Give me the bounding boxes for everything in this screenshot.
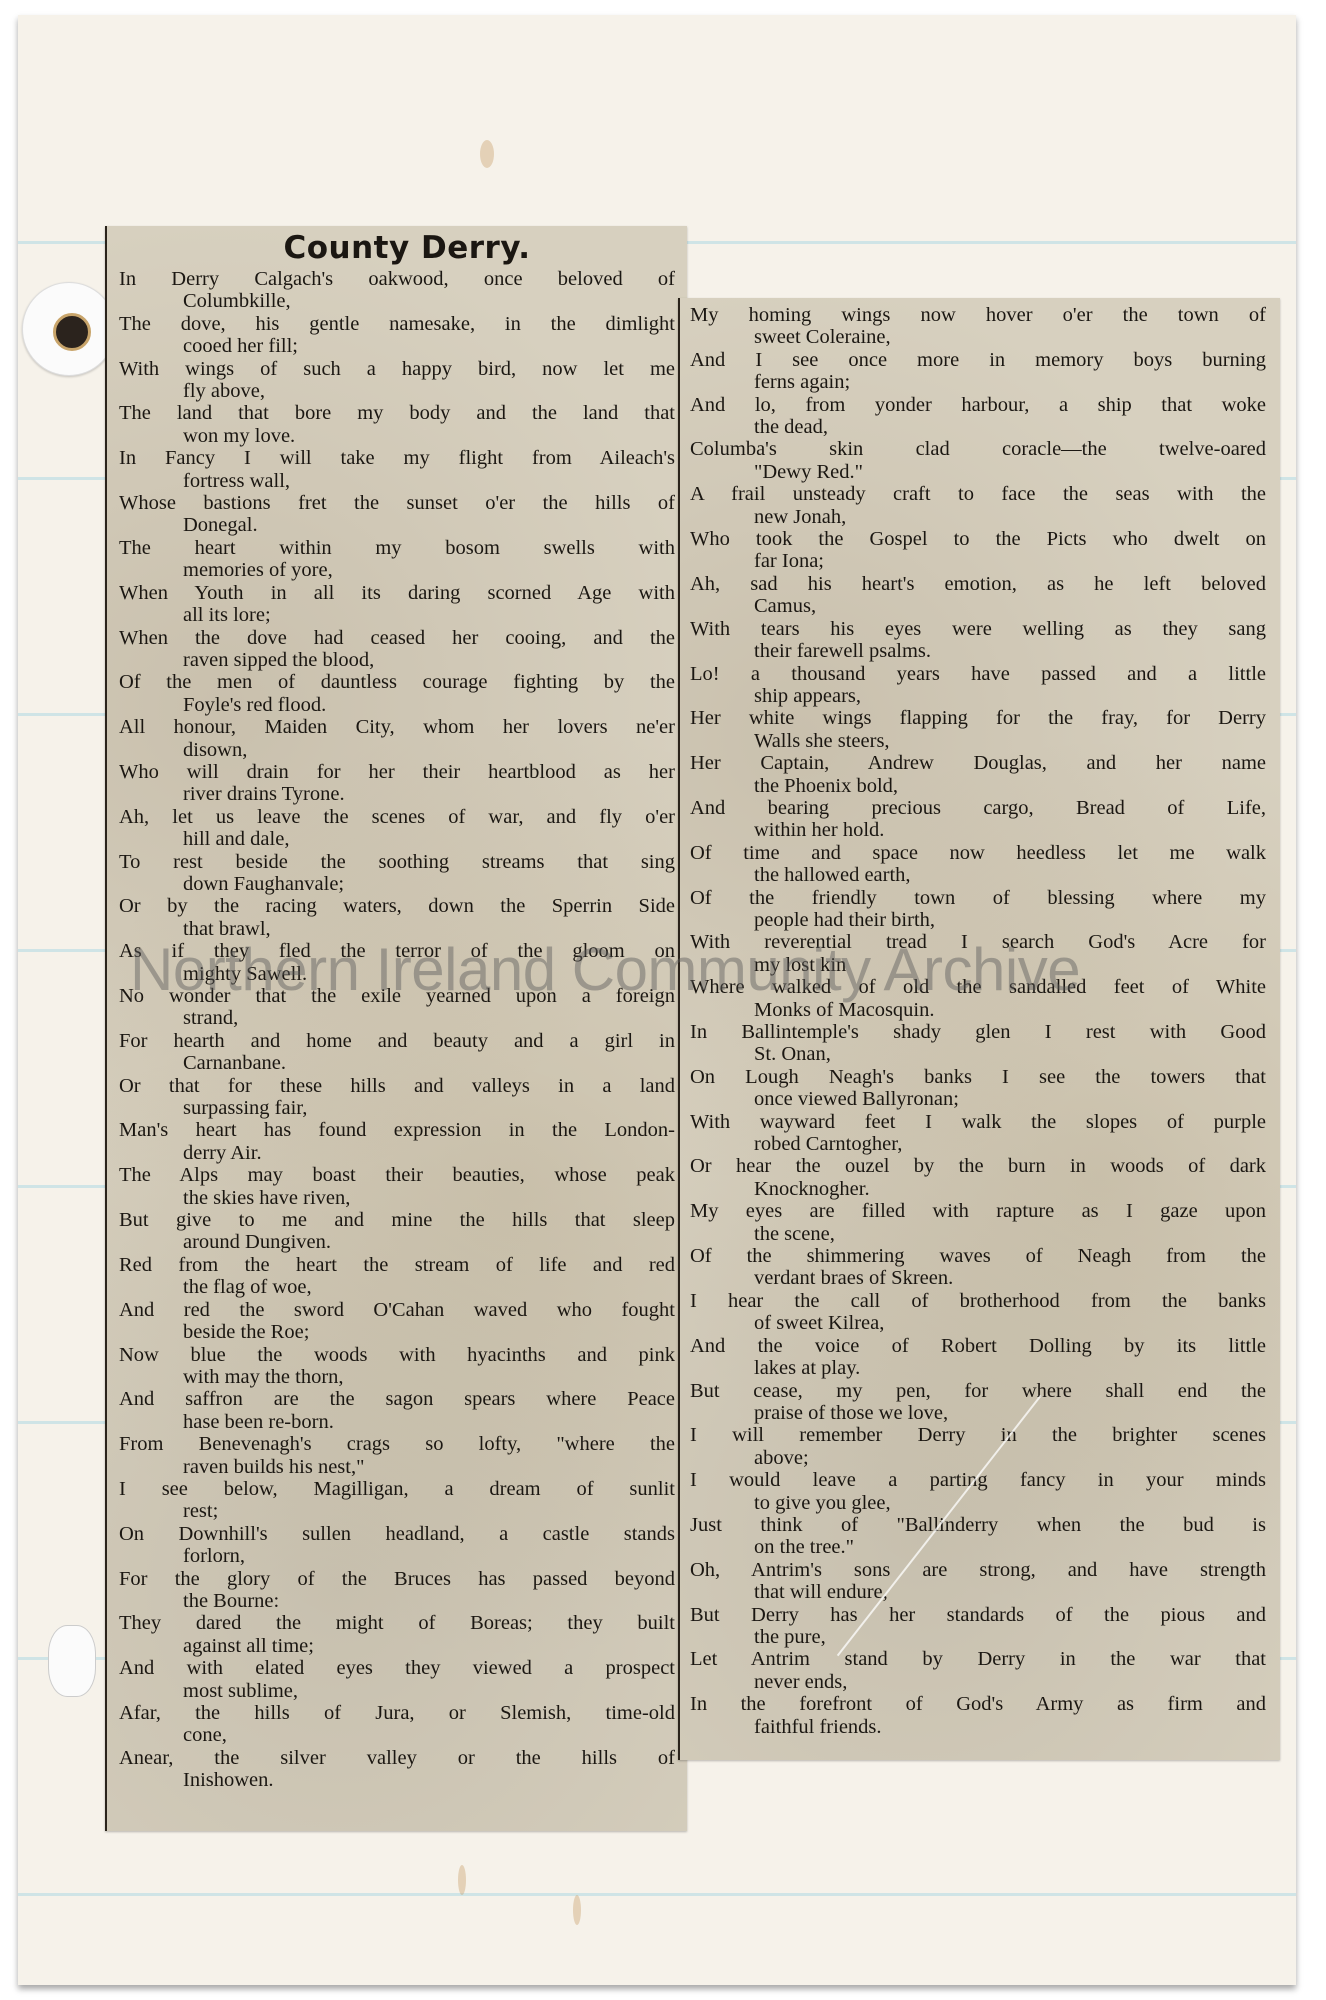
- poem-line: And saffron are the sagon spears where P…: [119, 1388, 675, 1433]
- poem-line-text: Man's heart has found expression in the …: [119, 1119, 675, 1141]
- poem-line-text: As if they fled the terror of the gloom …: [119, 940, 675, 962]
- poem-line-continuation: within her hold.: [690, 819, 1266, 841]
- poem-line-text: On Lough Neagh's banks I see the towers …: [690, 1066, 1266, 1088]
- poem-line: Of the shimmering waves of Neagh from th…: [690, 1245, 1266, 1290]
- poem-title: County Derry.: [107, 230, 687, 266]
- poem-line: When Youth in all its daring scorned Age…: [119, 582, 675, 627]
- poem-line: All honour, Maiden City, whom her lovers…: [119, 716, 675, 761]
- poem-line: I hear the call of brotherhood from the …: [690, 1290, 1266, 1335]
- poem-line-continuation: Donegal.: [119, 514, 675, 536]
- poem-line: Ah, sad his heart's emotion, as he left …: [690, 573, 1266, 618]
- poem-line-text: In Derry Calgach's oakwood, once beloved…: [119, 268, 675, 290]
- poem-line-text: Ah, let us leave the scenes of war, and …: [119, 806, 675, 828]
- poem-line-continuation: ferns again;: [690, 371, 1266, 393]
- poem-line: The Alps may boast their beauties, whose…: [119, 1164, 675, 1209]
- poem-line-continuation: my lost kin: [690, 954, 1266, 976]
- poem-line-continuation: the Phoenix bold,: [690, 775, 1266, 797]
- poem-line: Columba's skin clad coracle—the twelve-o…: [690, 438, 1266, 483]
- poem-line: For hearth and home and beauty and a gir…: [119, 1030, 675, 1075]
- poem-line-text: No wonder that the exile yearned upon a …: [119, 985, 675, 1007]
- poem-line: Of the friendly town of blessing where m…: [690, 887, 1266, 932]
- poem-line: And bearing precious cargo, Bread of Lif…: [690, 797, 1266, 842]
- poem-line-text: A frail unsteady craft to face the seas …: [690, 483, 1266, 505]
- poem-line-text: Whose bastions fret the sunset o'er the …: [119, 492, 675, 514]
- poem-line-continuation: rest;: [119, 1500, 675, 1522]
- poem-line-continuation: the hallowed earth,: [690, 864, 1266, 886]
- poem-line-text: With wayward feet I walk the slopes of p…: [690, 1111, 1266, 1133]
- poem-line-continuation: down Faughanvale;: [119, 873, 675, 895]
- poem-line-continuation: far Iona;: [690, 550, 1266, 572]
- poem-line-text: The Alps may boast their beauties, whose…: [119, 1164, 675, 1186]
- poem-line: In Fancy I will take my flight from Aile…: [119, 447, 675, 492]
- poem-line: But Derry has her standards of the pious…: [690, 1604, 1266, 1649]
- poem-line: My eyes are filled with rapture as I gaz…: [690, 1200, 1266, 1245]
- poem-line-text: Columba's skin clad coracle—the twelve-o…: [690, 438, 1266, 460]
- poem-line-continuation: faithful friends.: [690, 1716, 1266, 1738]
- poem-line: Who took the Gospel to the Picts who dwe…: [690, 528, 1266, 573]
- poem-line-continuation: won my love.: [119, 425, 675, 447]
- poem-line-text: All honour, Maiden City, whom her lovers…: [119, 716, 675, 738]
- poem-line: Man's heart has found expression in the …: [119, 1119, 675, 1164]
- poem-line-text: Her white wings flapping for the fray, f…: [690, 707, 1266, 729]
- poem-line: And I see once more in memory boys burni…: [690, 349, 1266, 394]
- poem-line-text: Her Captain, Andrew Douglas, and her nam…: [690, 752, 1266, 774]
- poem-line: I see below, Magilligan, a dream of sunl…: [119, 1478, 675, 1523]
- poem-line-text: Who took the Gospel to the Picts who dwe…: [690, 528, 1266, 550]
- poem-line: Red from the heart the stream of life an…: [119, 1254, 675, 1299]
- poem-line-continuation: never ends,: [690, 1671, 1266, 1693]
- poem-line-continuation: Camus,: [690, 595, 1266, 617]
- poem-line-continuation: with may the thorn,: [119, 1366, 675, 1388]
- clipping-left-column: County Derry. In Derry Calgach's oakwood…: [105, 226, 687, 1831]
- poem-line-text: With tears his eyes were welling as they…: [690, 618, 1266, 640]
- poem-line-text: The dove, his gentle namesake, in the di…: [119, 313, 675, 335]
- poem-line-continuation: derry Air.: [119, 1142, 675, 1164]
- punch-hole-torn: [48, 1625, 96, 1697]
- poem-line-text: Or hear the ouzel by the burn in woods o…: [690, 1155, 1266, 1177]
- poem-line: Her white wings flapping for the fray, f…: [690, 707, 1266, 752]
- poem-line: As if they fled the terror of the gloom …: [119, 940, 675, 985]
- poem-line-text: And saffron are the sagon spears where P…: [119, 1388, 675, 1410]
- poem-line-text: Afar, the hills of Jura, or Slemish, tim…: [119, 1702, 675, 1724]
- poem-line-continuation: forlorn,: [119, 1545, 675, 1567]
- poem-line-continuation: once viewed Ballyronan;: [690, 1088, 1266, 1110]
- poem-line-continuation: fly above,: [119, 380, 675, 402]
- poem-line-text: Red from the heart the stream of life an…: [119, 1254, 675, 1276]
- poem-line-continuation: new Jonah,: [690, 506, 1266, 528]
- poem-line: My homing wings now hover o'er the town …: [690, 304, 1266, 349]
- poem-line-text: I hear the call of brotherhood from the …: [690, 1290, 1266, 1312]
- poem-line-text: In Fancy I will take my flight from Aile…: [119, 447, 675, 469]
- poem-line: And with elated eyes they viewed a prosp…: [119, 1657, 675, 1702]
- poem-line-continuation: around Dungiven.: [119, 1231, 675, 1253]
- poem-line-text: But give to me and mine the hills that s…: [119, 1209, 675, 1231]
- poem-line: With reverential tread I search God's Ac…: [690, 931, 1266, 976]
- poem-line: Of the men of dauntless courage fighting…: [119, 671, 675, 716]
- poem-line-text: Or by the racing waters, down the Sperri…: [119, 895, 675, 917]
- poem-line-text: I see below, Magilligan, a dream of sunl…: [119, 1478, 675, 1500]
- poem-line-text: On Downhill's sullen headland, a castle …: [119, 1523, 675, 1545]
- poem-line-continuation: that brawl,: [119, 918, 675, 940]
- poem-line-text: But cease, my pen, for where shall end t…: [690, 1380, 1266, 1402]
- poem-line-text: Of the men of dauntless courage fighting…: [119, 671, 675, 693]
- poem-line-continuation: of sweet Kilrea,: [690, 1312, 1266, 1334]
- poem-line: And red the sword O'Cahan waved who foug…: [119, 1299, 675, 1344]
- poem-line-continuation: verdant braes of Skreen.: [690, 1267, 1266, 1289]
- poem-line-text: Of the friendly town of blessing where m…: [690, 887, 1266, 909]
- poem-line-continuation: above;: [690, 1447, 1266, 1469]
- poem-line-text: And lo, from yonder harbour, a ship that…: [690, 394, 1266, 416]
- poem-line-text: My eyes are filled with rapture as I gaz…: [690, 1200, 1266, 1222]
- poem-left-stanzas: In Derry Calgach's oakwood, once beloved…: [107, 268, 687, 1792]
- poem-line-text: They dared the might of Boreas; they bui…: [119, 1612, 675, 1634]
- poem-line-text: From Benevenagh's crags so lofty, "where…: [119, 1433, 675, 1455]
- poem-line-text: Ah, sad his heart's emotion, as he left …: [690, 573, 1266, 595]
- poem-line: Ah, let us leave the scenes of war, and …: [119, 806, 675, 851]
- poem-line-continuation: to give you glee,: [690, 1492, 1266, 1514]
- poem-line-text: Of the shimmering waves of Neagh from th…: [690, 1245, 1266, 1267]
- poem-line: For the glory of the Bruces has passed b…: [119, 1568, 675, 1613]
- poem-line-continuation: cone,: [119, 1724, 675, 1746]
- poem-line-continuation: that will endure,: [690, 1581, 1266, 1603]
- poem-line-continuation: river drains Tyrone.: [119, 783, 675, 805]
- poem-line-continuation: Monks of Macosquin.: [690, 999, 1266, 1021]
- poem-line-continuation: lakes at play.: [690, 1357, 1266, 1379]
- poem-line-continuation: the skies have riven,: [119, 1187, 675, 1209]
- poem-line-continuation: Knocknogher.: [690, 1178, 1266, 1200]
- poem-line-text: And I see once more in memory boys burni…: [690, 349, 1266, 371]
- poem-line-text: Of time and space now heedless let me wa…: [690, 842, 1266, 864]
- poem-line: Now blue the woods with hyacinths and pi…: [119, 1344, 675, 1389]
- poem-line-continuation: hase been re-born.: [119, 1411, 675, 1433]
- poem-line: On Lough Neagh's banks I see the towers …: [690, 1066, 1266, 1111]
- poem-line: When the dove had ceased her cooing, and…: [119, 627, 675, 672]
- poem-line-continuation: memories of yore,: [119, 559, 675, 581]
- poem-line-continuation: sweet Coleraine,: [690, 326, 1266, 348]
- poem-line: And lo, from yonder harbour, a ship that…: [690, 394, 1266, 439]
- poem-line: From Benevenagh's crags so lofty, "where…: [119, 1433, 675, 1478]
- poem-line-text: The heart within my bosom swells with: [119, 537, 675, 559]
- poem-line-continuation: raven builds his nest,": [119, 1456, 675, 1478]
- poem-line-continuation: fortress wall,: [119, 470, 675, 492]
- poem-line: In the forefront of God's Army as firm a…: [690, 1693, 1266, 1738]
- poem-line-continuation: mighty Sawell.: [119, 963, 675, 985]
- poem-line-continuation: strand,: [119, 1007, 675, 1029]
- poem-line-text: In Ballintemple's shady glen I rest with…: [690, 1021, 1266, 1043]
- poem-line-continuation: beside the Roe;: [119, 1321, 675, 1343]
- poem-line: I will remember Derry in the brighter sc…: [690, 1424, 1266, 1469]
- poem-line: Or hear the ouzel by the burn in woods o…: [690, 1155, 1266, 1200]
- poem-line-text: Now blue the woods with hyacinths and pi…: [119, 1344, 675, 1366]
- poem-line-text: But Derry has her standards of the pious…: [690, 1604, 1266, 1626]
- poem-line: Whose bastions fret the sunset o'er the …: [119, 492, 675, 537]
- poem-line-continuation: robed Carntogher,: [690, 1133, 1266, 1155]
- poem-line-continuation: disown,: [119, 739, 675, 761]
- poem-line-text: My homing wings now hover o'er the town …: [690, 304, 1266, 326]
- poem-line: No wonder that the exile yearned upon a …: [119, 985, 675, 1030]
- poem-line-continuation: praise of those we love,: [690, 1402, 1266, 1424]
- rust-stain: [573, 1895, 581, 1925]
- poem-line-text: And the voice of Robert Dolling by its l…: [690, 1335, 1266, 1357]
- poem-line: Oh, Antrim's sons are strong, and have s…: [690, 1559, 1266, 1604]
- poem-line: Of time and space now heedless let me wa…: [690, 842, 1266, 887]
- poem-line: A frail unsteady craft to face the seas …: [690, 483, 1266, 528]
- poem-line-text: Lo! a thousand years have passed and a l…: [690, 663, 1266, 685]
- poem-line-continuation: raven sipped the blood,: [119, 649, 675, 671]
- poem-line-text: Let Antrim stand by Derry in the war tha…: [690, 1648, 1266, 1670]
- poem-line-continuation: people had their birth,: [690, 909, 1266, 931]
- poem-line-text: For hearth and home and beauty and a gir…: [119, 1030, 675, 1052]
- poem-line-continuation: against all time;: [119, 1635, 675, 1657]
- poem-line: With wayward feet I walk the slopes of p…: [690, 1111, 1266, 1156]
- poem-line-text: Where walked of old the sandalled feet o…: [690, 976, 1266, 998]
- poem-line-text: I will remember Derry in the brighter sc…: [690, 1424, 1266, 1446]
- poem-line: But give to me and mine the hills that s…: [119, 1209, 675, 1254]
- poem-line-continuation: the pure,: [690, 1626, 1266, 1648]
- poem-line-continuation: Carnanbane.: [119, 1052, 675, 1074]
- poem-line: Who will drain for her their heartblood …: [119, 761, 675, 806]
- poem-line-continuation: ship appears,: [690, 685, 1266, 707]
- poem-line-text: For the glory of the Bruces has passed b…: [119, 1568, 675, 1590]
- poem-line-text: Oh, Antrim's sons are strong, and have s…: [690, 1559, 1266, 1581]
- poem-line: In Derry Calgach's oakwood, once beloved…: [119, 268, 675, 313]
- poem-line-text: With reverential tread I search God's Ac…: [690, 931, 1266, 953]
- poem-line-continuation: the scene,: [690, 1223, 1266, 1245]
- poem-line-continuation: the Bourne:: [119, 1590, 675, 1612]
- poem-line: The land that bore my body and the land …: [119, 402, 675, 447]
- poem-line-continuation: Columbkille,: [119, 290, 675, 312]
- poem-line-continuation: their farewell psalms.: [690, 640, 1266, 662]
- poem-line-continuation: cooed her fill;: [119, 335, 675, 357]
- poem-line-text: When Youth in all its daring scorned Age…: [119, 582, 675, 604]
- poem-line: The heart within my bosom swells withmem…: [119, 537, 675, 582]
- poem-line-continuation: all its lore;: [119, 604, 675, 626]
- poem-line-text: Anear, the silver valley or the hills of: [119, 1747, 675, 1769]
- poem-line-continuation: the flag of woe,: [119, 1276, 675, 1298]
- poem-line-continuation: Inishowen.: [119, 1769, 675, 1791]
- poem-line: Where walked of old the sandalled feet o…: [690, 976, 1266, 1021]
- poem-line: On Downhill's sullen headland, a castle …: [119, 1523, 675, 1568]
- poem-line-continuation: St. Onan,: [690, 1043, 1266, 1065]
- poem-line: And the voice of Robert Dolling by its l…: [690, 1335, 1266, 1380]
- poem-line-text: Or that for these hills and valleys in a…: [119, 1075, 675, 1097]
- rust-stain: [480, 140, 494, 168]
- poem-line: Let Antrim stand by Derry in the war tha…: [690, 1648, 1266, 1693]
- poem-line: Or by the racing waters, down the Sperri…: [119, 895, 675, 940]
- poem-line: Lo! a thousand years have passed and a l…: [690, 663, 1266, 708]
- poem-line-text: In the forefront of God's Army as firm a…: [690, 1693, 1266, 1715]
- poem-line: The dove, his gentle namesake, in the di…: [119, 313, 675, 358]
- poem-line: Afar, the hills of Jura, or Slemish, tim…: [119, 1702, 675, 1747]
- poem-line: In Ballintemple's shady glen I rest with…: [690, 1021, 1266, 1066]
- poem-line-text: And with elated eyes they viewed a prosp…: [119, 1657, 675, 1679]
- poem-line-continuation: the dead,: [690, 416, 1266, 438]
- poem-line-text: Who will drain for her their heartblood …: [119, 761, 675, 783]
- poem-line: With wings of such a happy bird, now let…: [119, 358, 675, 403]
- poem-line: To rest beside the soothing streams that…: [119, 851, 675, 896]
- poem-line-continuation: Foyle's red flood.: [119, 694, 675, 716]
- poem-line-text: And red the sword O'Cahan waved who foug…: [119, 1299, 675, 1321]
- poem-line-text: To rest beside the soothing streams that…: [119, 851, 675, 873]
- poem-line-text: With wings of such a happy bird, now let…: [119, 358, 675, 380]
- poem-line: Her Captain, Andrew Douglas, and her nam…: [690, 752, 1266, 797]
- poem-right-stanzas: My homing wings now hover o'er the town …: [680, 298, 1280, 1738]
- poem-line-text: The land that bore my body and the land …: [119, 402, 675, 424]
- poem-line-continuation: "Dewy Red.": [690, 461, 1266, 483]
- punch-hole-reinforced: [22, 282, 116, 376]
- poem-line-text: And bearing precious cargo, Bread of Lif…: [690, 797, 1266, 819]
- clipping-right-column: My homing wings now hover o'er the town …: [678, 298, 1280, 1760]
- poem-line-continuation: hill and dale,: [119, 828, 675, 850]
- poem-line: They dared the might of Boreas; they bui…: [119, 1612, 675, 1657]
- poem-line-continuation: Walls she steers,: [690, 730, 1266, 752]
- poem-line-text: When the dove had ceased her cooing, and…: [119, 627, 675, 649]
- poem-line-continuation: most sublime,: [119, 1680, 675, 1702]
- poem-line: Or that for these hills and valleys in a…: [119, 1075, 675, 1120]
- poem-line: With tears his eyes were welling as they…: [690, 618, 1266, 663]
- poem-line: Anear, the silver valley or the hills of…: [119, 1747, 675, 1792]
- poem-line-continuation: on the tree.": [690, 1536, 1266, 1558]
- poem-line-continuation: surpassing fair,: [119, 1097, 675, 1119]
- poem-line: But cease, my pen, for where shall end t…: [690, 1380, 1266, 1425]
- rust-stain: [458, 1865, 466, 1895]
- poem-line-text: Just think of "Ballinderry when the bud …: [690, 1514, 1266, 1536]
- poem-line: Just think of "Ballinderry when the bud …: [690, 1514, 1266, 1559]
